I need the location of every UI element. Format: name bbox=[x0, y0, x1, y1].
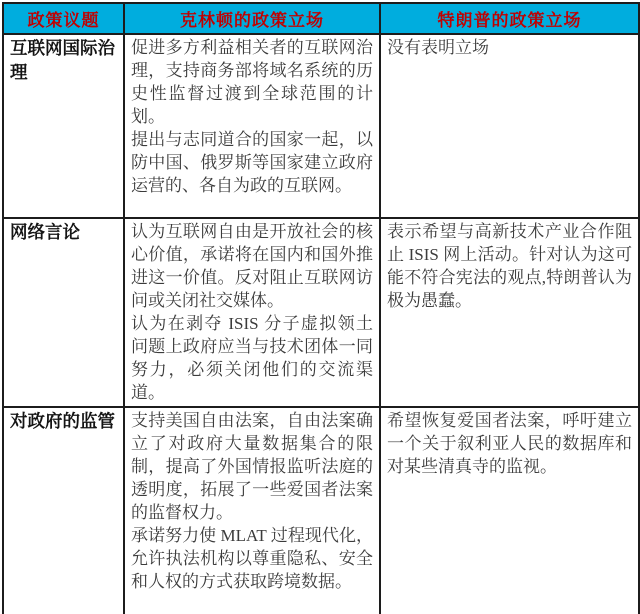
policy-comparison-table: 政策议题 克林顿的政策立场 特朗普的政策立场 互联网国际治理 促进多方利益相关者… bbox=[2, 2, 640, 614]
trump-position-cell: 表示希望与高新技术产业合作阻止 ISIS 网上活动。针对认为这可能不符合宪法的观… bbox=[380, 218, 639, 407]
header-cell-trump: 特朗普的政策立场 bbox=[380, 3, 639, 34]
position-paragraph: 提出与志同道合的国家一起，以防中国、俄罗斯等国家建立政府运营的、各自为政的互联网… bbox=[131, 128, 373, 197]
position-paragraph: 促进多方利益相关者的互联网治理，支持商务部将域名系统的历史性监督过渡到全球范围的… bbox=[131, 36, 373, 128]
table-row-online-speech: 网络言论 认为互联网自由是开放社会的核心价值，承诺将在国内和国外推进这一价值。反… bbox=[3, 218, 639, 407]
header-cell-clinton: 克林顿的政策立场 bbox=[124, 3, 380, 34]
table-row-government-surveillance: 对政府的监管 支持美国自由法案，自由法案确立了对政府大量数据集合的限制，提高了外… bbox=[3, 407, 639, 614]
position-paragraph: 希望恢复爱国者法案，呼吁建立一个关于叙利亚人民的数据库和对某些清真寺的监视。 bbox=[387, 409, 632, 478]
table-header-row: 政策议题 克林顿的政策立场 特朗普的政策立场 bbox=[3, 3, 639, 34]
position-paragraph: 支持美国自由法案，自由法案确立了对政府大量数据集合的限制，提高了外国情报监听法庭… bbox=[131, 409, 373, 524]
clinton-position-cell: 支持美国自由法案，自由法案确立了对政府大量数据集合的限制，提高了外国情报监听法庭… bbox=[124, 407, 380, 614]
position-paragraph: 承诺努力使 MLAT 过程现代化，允许执法机构以尊重隐私、安全和人权的方式获取跨… bbox=[131, 524, 373, 593]
clinton-position-cell: 认为互联网自由是开放社会的核心价值，承诺将在国内和国外推进这一价值。反对阻止互联… bbox=[124, 218, 380, 407]
topic-cell: 互联网国际治理 bbox=[3, 34, 124, 218]
position-paragraph: 认为互联网自由是开放社会的核心价值，承诺将在国内和国外推进这一价值。反对阻止互联… bbox=[131, 220, 373, 312]
position-paragraph: 认为在剥夺 ISIS 分子虚拟领土问题上政府应当与技术团体一同努力，必须关闭他们… bbox=[131, 312, 373, 404]
position-paragraph: 表示希望与高新技术产业合作阻止 ISIS 网上活动。针对认为这可能不符合宪法的观… bbox=[387, 220, 632, 312]
trump-position-cell: 希望恢复爱国者法案，呼吁建立一个关于叙利亚人民的数据库和对某些清真寺的监视。 bbox=[380, 407, 639, 614]
table-row-internet-governance: 互联网国际治理 促进多方利益相关者的互联网治理，支持商务部将域名系统的历史性监督… bbox=[3, 34, 639, 218]
policy-comparison-page: 政策议题 克林顿的政策立场 特朗普的政策立场 互联网国际治理 促进多方利益相关者… bbox=[0, 0, 640, 614]
header-cell-topic: 政策议题 bbox=[3, 3, 124, 34]
clinton-position-cell: 促进多方利益相关者的互联网治理，支持商务部将域名系统的历史性监督过渡到全球范围的… bbox=[124, 34, 380, 218]
position-paragraph: 没有表明立场 bbox=[387, 36, 632, 59]
trump-position-cell: 没有表明立场 bbox=[380, 34, 639, 218]
topic-cell: 对政府的监管 bbox=[3, 407, 124, 614]
topic-cell: 网络言论 bbox=[3, 218, 124, 407]
